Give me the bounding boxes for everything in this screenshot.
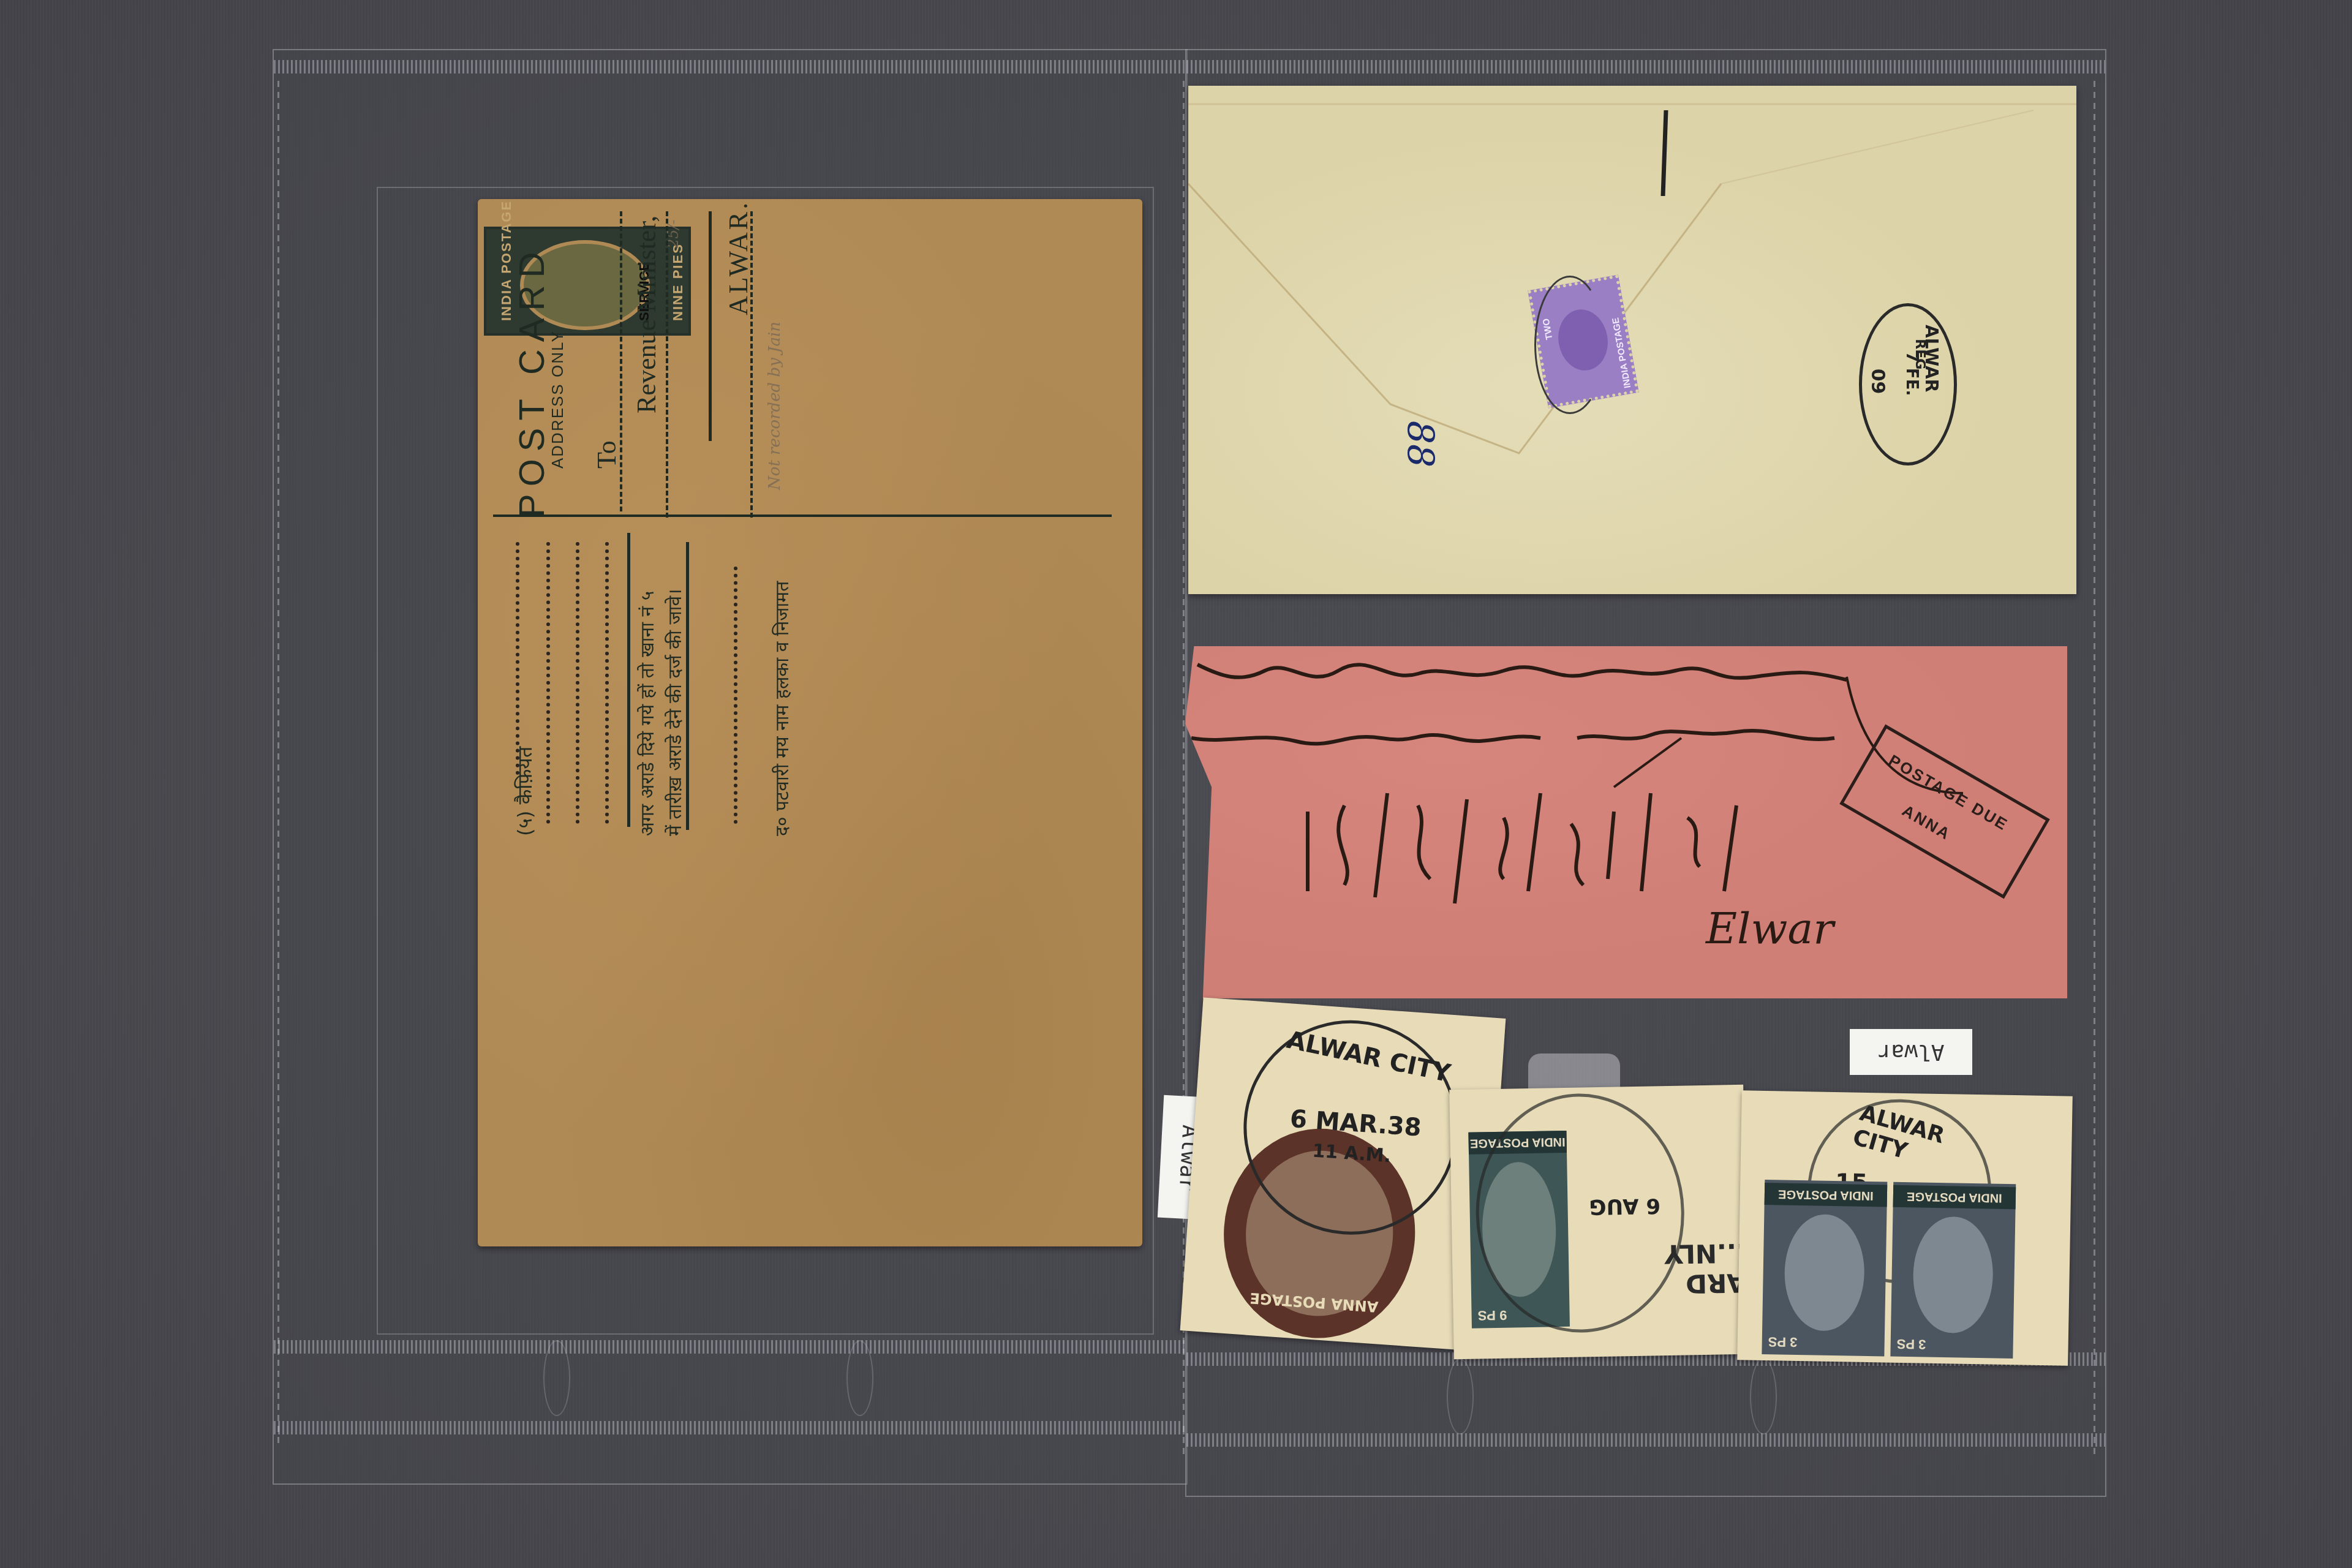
clipping-postcard-cutout[interactable]: INDIA POSTAGE 9 PS 6 AUG ARD ...NLY xyxy=(1449,1085,1748,1359)
alwar-label-2: Alwar xyxy=(1850,1029,1972,1075)
punch-hole xyxy=(846,1340,873,1416)
notice-rule xyxy=(686,542,689,830)
hindi-line: अगर अराडे दिये गये हों तो खाना नं ५ xyxy=(634,591,659,836)
hindi-line: में तारीख़ अराडे देने की दर्ज की जावे। xyxy=(661,589,687,836)
sleeve-weld xyxy=(274,1340,1186,1354)
addressee: Revenue Minister, xyxy=(631,216,662,413)
postmark-line4: 09 xyxy=(1867,369,1888,394)
address-line xyxy=(750,211,753,518)
address-line xyxy=(620,211,622,511)
dotted-field xyxy=(516,542,519,775)
king-portrait-icon xyxy=(1784,1214,1865,1332)
partial-print: ARD ...NLY xyxy=(1642,1238,1747,1300)
stamp-value: 3 PS xyxy=(1896,1336,1926,1352)
king-portrait-icon xyxy=(1912,1216,1994,1333)
postmark-date: 6 MAR.38 xyxy=(1289,1105,1423,1142)
postcard[interactable]: INDIA POSTAGE NINE PIES SERVICE POST CAR… xyxy=(478,199,1142,1246)
dotted-field xyxy=(734,567,737,824)
sleeve-seam xyxy=(1183,81,1185,1459)
sleeve-weld xyxy=(274,1421,1186,1434)
handwritten-number: 88 xyxy=(1398,421,1441,467)
cachet-line2: ANNA xyxy=(1899,801,1954,844)
handwritten-english: Elwar xyxy=(1706,903,1834,954)
to-label: To xyxy=(591,440,622,469)
postcard-title: POST CARD xyxy=(511,245,552,518)
sleeve-seam xyxy=(2094,81,2095,1459)
sleeve-weld xyxy=(1186,60,2105,73)
sleeve-weld xyxy=(1186,1433,2105,1447)
stamp-text: INDIA POSTAGE xyxy=(1765,1183,1888,1207)
address-line xyxy=(709,211,712,441)
postmark-line3: 7 FE. xyxy=(1902,352,1921,396)
dotted-field xyxy=(605,542,609,824)
stamp-value-text: NINE PIES xyxy=(670,243,686,321)
card-divider xyxy=(493,514,1112,517)
dotted-field xyxy=(576,542,579,824)
stamp-3ps: INDIA POSTAGE 3 PS xyxy=(1890,1182,2016,1359)
punch-hole xyxy=(543,1340,570,1416)
city-name: ALWAR. xyxy=(723,200,754,315)
clipping-pair-3ps[interactable]: ALWAR CITY 15 INDIA POSTAGE 3 PS INDIA P… xyxy=(1737,1090,2073,1365)
postmark-alwar-reg: ALWAR REG. 7 FE. 09 xyxy=(1859,303,1957,466)
stamp-value: 9 PS xyxy=(1477,1307,1507,1324)
postcard-subtitle: ADDRESS ONLY xyxy=(548,330,567,469)
sleeve-weld xyxy=(274,60,1186,73)
postmark-date: 6 AUG xyxy=(1589,1193,1660,1219)
stamp-text: INDIA POSTAGE xyxy=(1893,1185,2016,1209)
hindi-line: द० पटवारी मय नाम हलका व निजामत xyxy=(769,581,794,836)
postmark-time: 11 A.M. xyxy=(1311,1140,1392,1167)
dotted-field xyxy=(546,542,550,824)
partial-postmark xyxy=(1534,276,1605,414)
postmark-line1: ALWAR CITY xyxy=(1850,1101,1993,1186)
notice-rule xyxy=(627,533,630,827)
sleeve-seam xyxy=(277,81,279,1447)
pencil-note: Not recorded by Jain xyxy=(766,322,784,490)
address-line xyxy=(666,211,668,518)
label-text: Alwar xyxy=(1878,1039,1944,1065)
punch-hole xyxy=(1750,1359,1777,1434)
stamp-value: 3 PS xyxy=(1768,1333,1798,1350)
stamp-3ps: INDIA POSTAGE 3 PS xyxy=(1762,1180,1887,1356)
punch-hole xyxy=(1447,1359,1474,1434)
postmark-line1: ALWAR CITY xyxy=(1284,1026,1453,1088)
